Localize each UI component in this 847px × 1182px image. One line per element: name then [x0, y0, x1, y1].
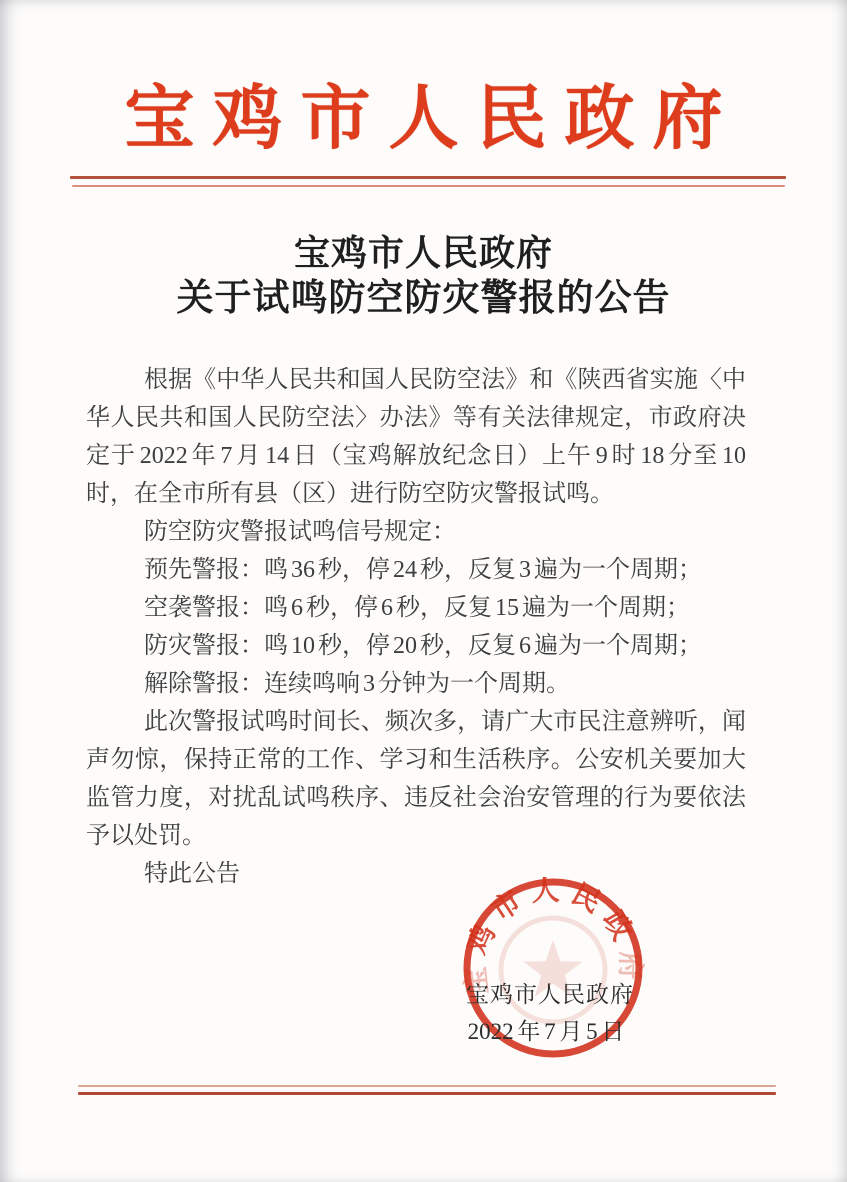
masthead-rule-thick — [70, 176, 786, 179]
body-paragraph-disaster-alarm: 防灾警报：鸣 10 秒，停 20 秒，反复 6 遍为一个周期； — [86, 627, 746, 665]
document-title-line1: 宝鸡市人民政府 — [0, 231, 847, 276]
masthead-rule-thin — [72, 185, 785, 187]
body-paragraph-signal-intro: 防空防灾警报试鸣信号规定： — [86, 513, 746, 551]
body-paragraph-all-clear-alarm: 解除警报：连续鸣响 3 分钟为一个周期。 — [86, 665, 746, 703]
document-title-line2: 关于试鸣防空防灾警报的公告 — [0, 276, 847, 322]
document-photo: 宝鸡市人民政府 宝鸡市人民政府 关于试鸣防空防灾警报的公告 根据《中华人民共和国… — [0, 0, 847, 1182]
body-paragraph-pre-alarm: 预先警报：鸣 36 秒，停 24 秒，反复 3 遍为一个周期； — [86, 551, 746, 589]
signature-date: 2022 年 7 月 5 日 — [436, 1018, 656, 1046]
footer-rule-thick — [78, 1092, 776, 1095]
body-paragraph-legal-basis: 根据《中华人民共和国人民防空法》和《陕西省实施〈中华人民共和国人民防空法〉办法》… — [86, 361, 746, 513]
document-title: 宝鸡市人民政府 关于试鸣防空防灾警报的公告 — [0, 231, 847, 322]
official-seal: 宝鸡市人民政府 — [433, 848, 673, 1088]
signature-authority: 宝鸡市人民政府 — [440, 981, 660, 1009]
masthead-title: 宝鸡市人民政府 — [0, 78, 847, 162]
document-body: 根据《中华人民共和国人民防空法》和《陕西省实施〈中华人民共和国人民防空法〉办法》… — [86, 361, 746, 893]
body-paragraph-air-raid-alarm: 空袭警报：鸣 6 秒，停 6 秒，反复 15 遍为一个周期； — [86, 589, 746, 627]
body-paragraph-notice: 此次警报试鸣时间长、频次多，请广大市民注意辨听，闻声勿惊，保持正常的工作、学习和… — [86, 703, 746, 855]
